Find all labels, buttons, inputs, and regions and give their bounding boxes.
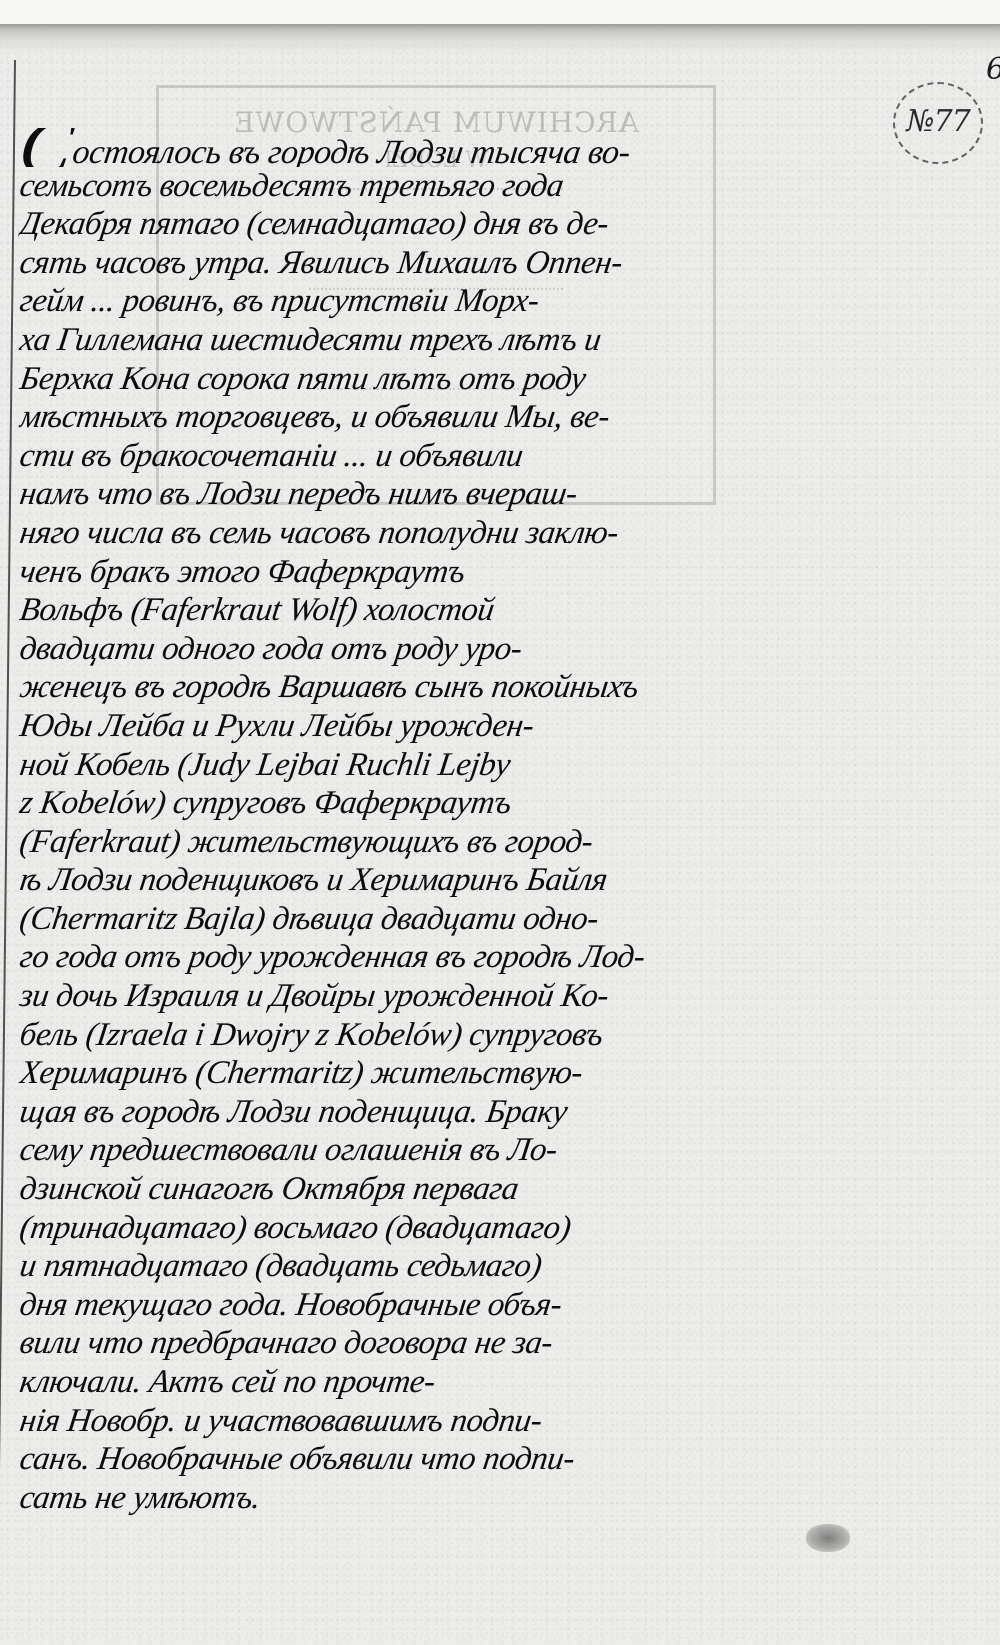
record-line: Декабря пятаго (семнадцатаго) дня въ де- xyxy=(17,205,997,244)
record-line-1: Состоялось въ городѣ Лодзи тысяча во- xyxy=(17,128,997,167)
record-line: дня текущаго года. Новобрачные объя- xyxy=(17,1286,997,1325)
record-line: ключали. Актъ сей по прочте- xyxy=(17,1363,997,1402)
record-line: сему предшествовали оглашенія въ Ло- xyxy=(17,1131,997,1170)
record-line: Херимаринъ (Chermaritz) жительствую- xyxy=(17,1054,997,1093)
handwritten-record-text: Состоялось въ городѣ Лодзи тысяча во- се… xyxy=(20,128,995,1517)
record-line: Вольфъ (Faferkraut Wolf) холостой xyxy=(17,591,997,630)
record-line: и пятнадцатаго (двадцать седьмаго) xyxy=(17,1247,997,1286)
record-line: ной Кобель (Judy Lejbai Ruchli Lejby xyxy=(17,746,997,785)
record-line: мѣстныхъ торговцевъ, и объявили Мы, ве- xyxy=(17,398,997,437)
record-line: Юды Лейба и Рухли Лейбы урожден- xyxy=(17,707,997,746)
record-line: женецъ въ городѣ Варшавѣ сынъ покойныхъ xyxy=(17,668,997,707)
record-line: намъ что въ Лодзи передъ нимъ вчераш- xyxy=(17,475,997,514)
record-line: щая въ городѣ Лодзи поденщица. Браку xyxy=(17,1093,997,1132)
record-line: зи дочь Израиля и Двойры урожденной Ко- xyxy=(17,977,997,1016)
record-line: нія Новобр. и участвовавшимъ подпи- xyxy=(17,1402,997,1441)
record-line: (Chermaritz Bajla) дѣвица двадцати одно- xyxy=(17,900,997,939)
record-line: няго числа въ семь часовъ пополудни закл… xyxy=(17,514,997,553)
record-line: сять часовъ утра. Явились Михаилъ Оппен- xyxy=(17,244,997,283)
ink-smudge xyxy=(806,1524,850,1552)
record-line: вили что предбрачнаго договора не за- xyxy=(17,1324,997,1363)
record-line: сти въ бракосочетаніи ... и объявили xyxy=(17,437,997,476)
record-line: сать не умѣютъ. xyxy=(17,1479,997,1518)
record-line: двадцати одного года отъ роду уро- xyxy=(17,630,997,669)
record-line: ченъ бракъ этого Фаферкраутъ xyxy=(17,553,997,592)
record-line: ѣ Лодзи поденщиковъ и Херимаринъ Байля xyxy=(17,861,997,900)
record-line: дзинской синагогѣ Октября первага xyxy=(17,1170,997,1209)
record-line: санъ. Новобрачные объявили что подпи- xyxy=(17,1440,997,1479)
record-line-1-rest: остоялось въ городѣ Лодзи тысяча во- xyxy=(70,134,632,167)
record-line: го года отъ роду урожденная въ городѣ Ло… xyxy=(17,938,997,977)
record-line: (тринадцатаго) восьмаго (двадцатаго) xyxy=(17,1209,997,1248)
record-line: гейм ... ровинъ, въ присутствіи Морх- xyxy=(17,282,997,321)
record-line: семьсотъ восемьдесятъ третьяго года xyxy=(17,167,997,206)
record-line: (Faferkraut) жительствующихъ въ город- xyxy=(17,823,997,862)
page-edge-shadow xyxy=(0,24,1000,54)
folio-number: 6 xyxy=(986,52,1000,87)
record-line: бель (Izraela i Dwojry z Kobelów) супруг… xyxy=(17,1016,997,1055)
record-line: Берхка Кона сорока пяти лѣтъ отъ роду xyxy=(17,360,997,399)
decorative-initial: С xyxy=(17,128,74,166)
record-line: ха Гиллемана шестидесяти трехъ лѣтъ и xyxy=(17,321,997,360)
scan-top-margin xyxy=(0,0,1000,24)
record-line: z Kobelów) супруговъ Фаферкраутъ xyxy=(17,784,997,823)
